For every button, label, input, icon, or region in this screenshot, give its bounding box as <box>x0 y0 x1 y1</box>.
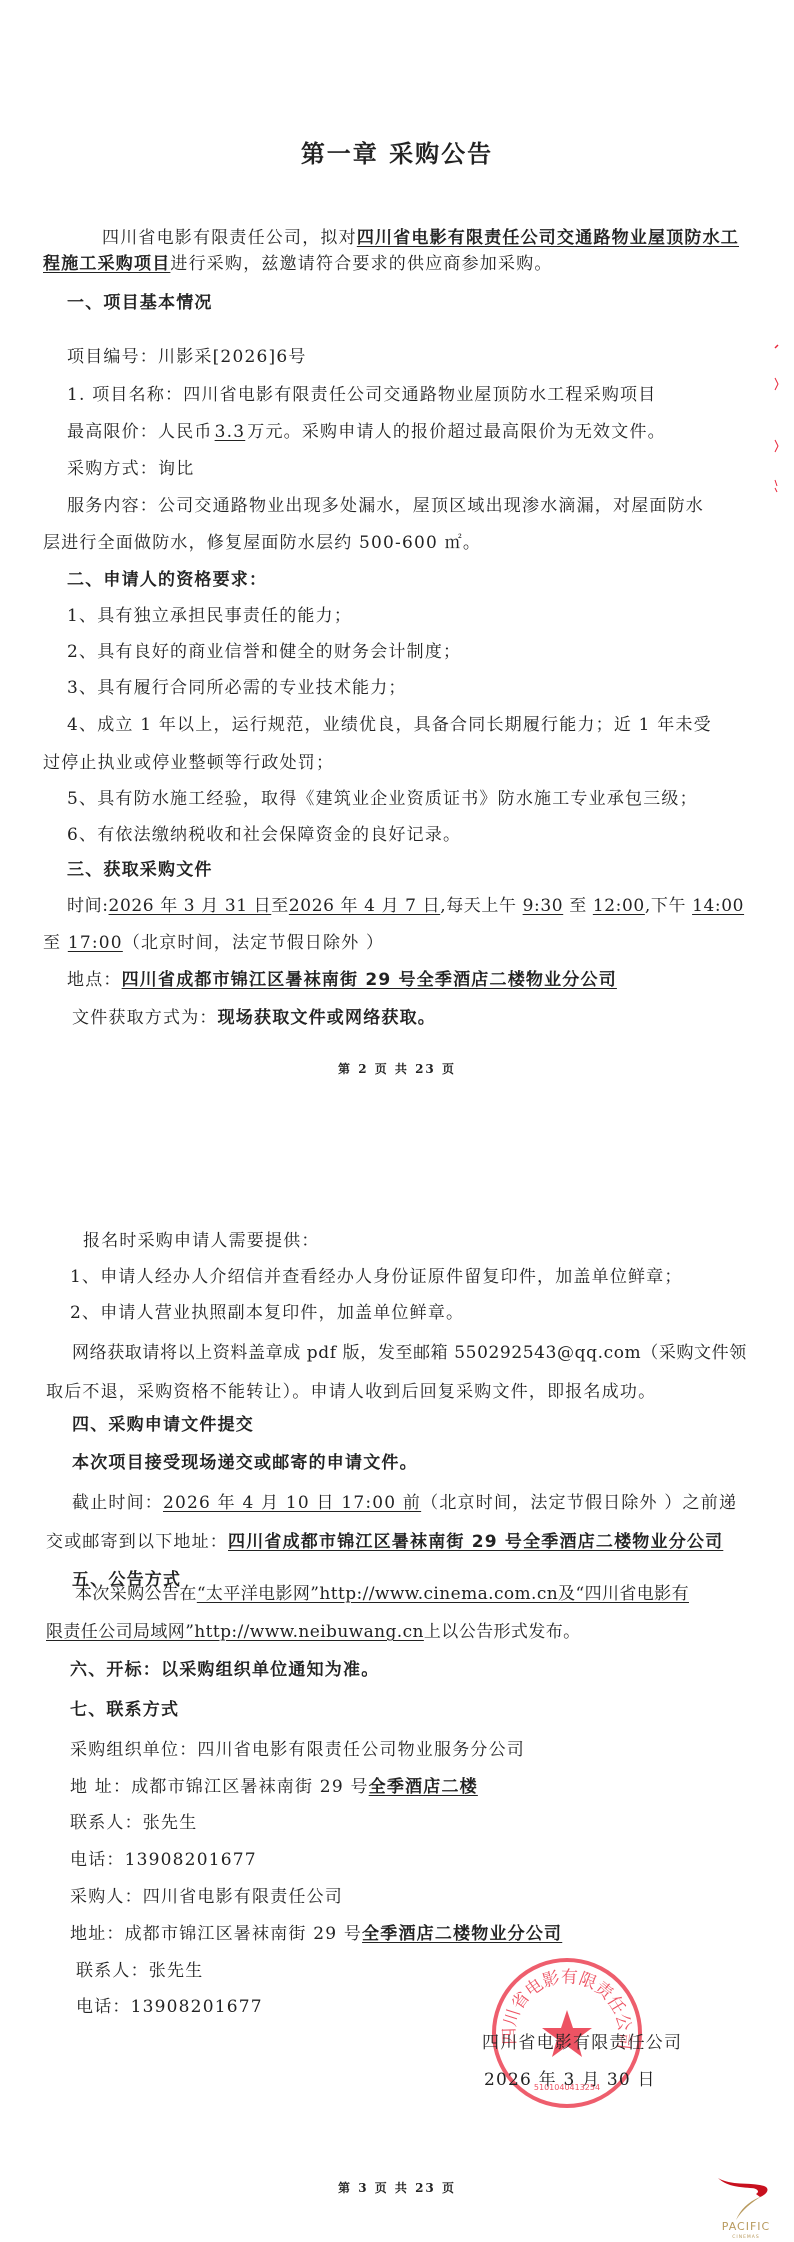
qualification-item: 1、具有独立承担民事责任的能力； <box>67 605 352 627</box>
section-heading-7: 七、联系方式 <box>70 1699 179 1721</box>
am-end: 12:00 <box>593 896 645 916</box>
max-price-value: 3.3 <box>215 422 246 442</box>
project-name: 1. 项目名称：四川省电影有限责任公司交通路物业屋顶防水工程采购项目 <box>67 384 656 406</box>
section-heading-4: 四、采购申请文件提交 <box>72 1414 254 1436</box>
place-value: 四川省成都市锦江区暑袜南街 29 号全季酒店二楼物业分公司 <box>122 970 617 990</box>
registration-item: 1、申请人经办人介绍信并查看经办人身份证原件留复印件，加盖单位鲜章； <box>70 1266 683 1288</box>
publication-prefix: 本次采购公告在 <box>75 1584 197 1604</box>
section-heading-6: 六、开标：以采购组织单位通知为准。 <box>70 1659 379 1681</box>
mail-address: 交或邮寄到以下地址：四川省成都市锦江区暑袜南街 29 号全季酒店二楼物业分公司 <box>46 1531 723 1553</box>
max-price-label: 最高限价：人民币 <box>67 422 213 442</box>
buyer-phone: 电话：13908201677 <box>76 1996 263 2018</box>
method-label: 文件获取方式为： <box>72 1008 218 1028</box>
online-acquisition-line-1: 网络获取请将以上资料盖章成 pdf 版，发至邮箱 550292543@qq.co… <box>72 1342 747 1364</box>
max-price: 最高限价：人民币3.3万元。采购申请人的报价超过最高限价为无效文件。 <box>67 421 666 443</box>
binding-marks <box>772 340 782 520</box>
signature-company: 四川省电影有限责任公司 <box>482 2032 682 2054</box>
section-heading-1: 一、项目基本情况 <box>67 292 213 314</box>
am-start: 9:30 <box>523 896 564 916</box>
publication-link-neibuwang[interactable]: 限责任公司局域网”http://www.neibuwang.cn <box>46 1622 424 1642</box>
qualification-item: 5、具有防水施工经验，取得《建筑业企业资质证书》防水施工专业承包三级； <box>67 788 698 810</box>
buyer-address-prefix: 地址：成都市锦江区暑袜南街 29 号 <box>70 1924 362 1944</box>
to-text: 至 <box>271 896 289 916</box>
method-value: 现场获取文件或网络获取。 <box>218 1008 436 1028</box>
pacific-cinemas-logo: PACIFIC CINEMAS <box>696 2172 794 2240</box>
publication-suffix: 上以公告形式发布。 <box>424 1622 581 1642</box>
accept-submission: 本次项目接受现场递交或邮寄的申请文件。 <box>72 1452 418 1474</box>
date-end: 2026 年 4 月 7 日 <box>289 896 440 916</box>
mail-label: 交或邮寄到以下地址： <box>46 1532 228 1552</box>
place-label: 地点： <box>67 970 122 990</box>
acquisition-method: 文件获取方式为：现场获取文件或网络获取。 <box>72 1007 436 1029</box>
org-contact: 联系人：张先生 <box>70 1812 197 1834</box>
pm-end: 17:00 <box>68 933 123 953</box>
deadline-label: 截止时间： <box>72 1493 163 1513</box>
max-price-note: 万元。采购申请人的报价超过最高限价为无效文件。 <box>247 422 666 442</box>
qualification-item: 2、具有良好的商业信誉和健全的财务会计制度； <box>67 641 461 663</box>
page-footer-2: 第 2 页 共 23 页 <box>0 1060 794 1077</box>
to-text: 至 <box>569 896 587 916</box>
qualification-item: 4、成立 1 年以上，运行规范，业绩优良，具备合同长期履行能力；近 1 年未受 <box>67 714 712 736</box>
publication-line-1: 本次采购公告在“太平洋电影网”http://www.cinema.com.cn及… <box>75 1583 689 1605</box>
org-address: 地 址：成都市锦江区暑袜南街 29 号全季酒店二楼 <box>70 1776 478 1798</box>
acquisition-place: 地点：四川省成都市锦江区暑袜南街 29 号全季酒店二楼物业分公司 <box>67 969 617 991</box>
pm-start: 14:00 <box>692 896 744 916</box>
deadline-value: 2026 年 4 月 10 日 17:00 前 <box>163 1493 421 1513</box>
date-start: 2026 年 3 月 31 日 <box>109 896 272 916</box>
pm-label: ,下午 <box>645 896 686 916</box>
org-unit: 采购组织单位：四川省电影有限责任公司物业服务分公司 <box>70 1739 525 1761</box>
project-name-underlined-cont: 程施工采购项目 <box>43 254 170 274</box>
deadline: 截止时间：2026 年 4 月 10 日 17:00 前（北京时间，法定节假日除… <box>72 1492 737 1514</box>
intro-suffix: 进行采购，兹邀请符合要求的供应商参加采购。 <box>170 254 552 274</box>
service-content-line-2: 层进行全面做防水，修复屋面防水层约 500-600 ㎡。 <box>43 532 481 554</box>
mail-address-value: 四川省成都市锦江区暑袜南街 29 号全季酒店二楼物业分公司 <box>228 1532 723 1552</box>
section-heading-2: 二、申请人的资格要求： <box>67 569 267 591</box>
qualification-item: 3、具有履行合同所必需的专业技术能力； <box>67 677 407 699</box>
buyer-address: 地址：成都市锦江区暑袜南街 29 号全季酒店二楼物业分公司 <box>70 1923 562 1945</box>
registration-intro: 报名时采购申请人需要提供： <box>83 1230 320 1252</box>
section-heading-3: 三、获取采购文件 <box>67 859 213 881</box>
buyer-contact: 联系人：张先生 <box>76 1960 203 1982</box>
page-title: 第一章 采购公告 <box>0 134 794 169</box>
to-text: 至 <box>43 933 61 953</box>
logo-name: PACIFIC <box>722 2220 770 2233</box>
online-acquisition-line-2: 取后不退，采购资格不能转让）。申请人收到后回复采购文件，即报名成功。 <box>46 1381 656 1403</box>
intro-line-1: 四川省电影有限责任公司，拟对四川省电影有限责任公司交通路物业屋顶防水工 <box>102 227 739 249</box>
procurement-method: 采购方式：询比 <box>67 458 194 480</box>
deadline-note: （北京时间，法定节假日除外 ）之前递 <box>421 1493 737 1513</box>
pacific-swoosh-icon: PACIFIC CINEMAS <box>696 2172 794 2240</box>
org-address-prefix: 地 址：成都市锦江区暑袜南街 29 号 <box>70 1777 369 1797</box>
publication-line-2: 限责任公司局域网”http://www.neibuwang.cn上以公告形式发布… <box>46 1621 581 1643</box>
publication-link-cinema[interactable]: “太平洋电影网”http://www.cinema.com.cn及“四川省电影有 <box>197 1584 689 1604</box>
buyer: 采购人：四川省电影有限责任公司 <box>70 1886 343 1908</box>
acquisition-time-cont: 至 17:00（北京时间，法定节假日除外 ） <box>43 932 384 954</box>
daily-text: ,每天上午 <box>440 896 516 916</box>
service-content-line-1: 服务内容：公司交通路物业出现多处漏水，屋顶区域出现渗水滴漏，对屋面防水 <box>67 495 704 517</box>
project-name-underlined: 四川省电影有限责任公司交通路物业屋顶防水工 <box>357 228 739 248</box>
intro-line-2: 程施工采购项目进行采购，兹邀请符合要求的供应商参加采购。 <box>43 253 553 275</box>
signature-date: 2026 年 3 月 30 日 <box>484 2069 656 2091</box>
org-phone: 电话：13908201677 <box>70 1849 257 1871</box>
org-address-bold: 全季酒店二楼 <box>369 1777 478 1797</box>
qualification-item-cont: 过停止执业或停业整顿等行政处罚； <box>43 752 334 774</box>
time-label: 时间: <box>67 896 109 916</box>
intro-prefix: 四川省电影有限责任公司，拟对 <box>102 228 357 248</box>
project-number: 项目编号：川影采[2026]6号 <box>67 346 307 368</box>
acquisition-time: 时间:2026 年 3 月 31 日至2026 年 4 月 7 日,每天上午 9… <box>67 895 744 917</box>
registration-item: 2、申请人营业执照副本复印件，加盖单位鲜章。 <box>70 1302 464 1324</box>
page-footer-3: 第 3 页 共 23 页 <box>0 2179 794 2196</box>
time-note: （北京时间，法定节假日除外 ） <box>123 933 384 953</box>
qualification-item: 6、有依法缴纳税收和社会保障资金的良好记录。 <box>67 824 461 846</box>
logo-sub: CINEMAS <box>732 2234 760 2240</box>
buyer-address-bold: 全季酒店二楼物业分公司 <box>362 1924 562 1944</box>
